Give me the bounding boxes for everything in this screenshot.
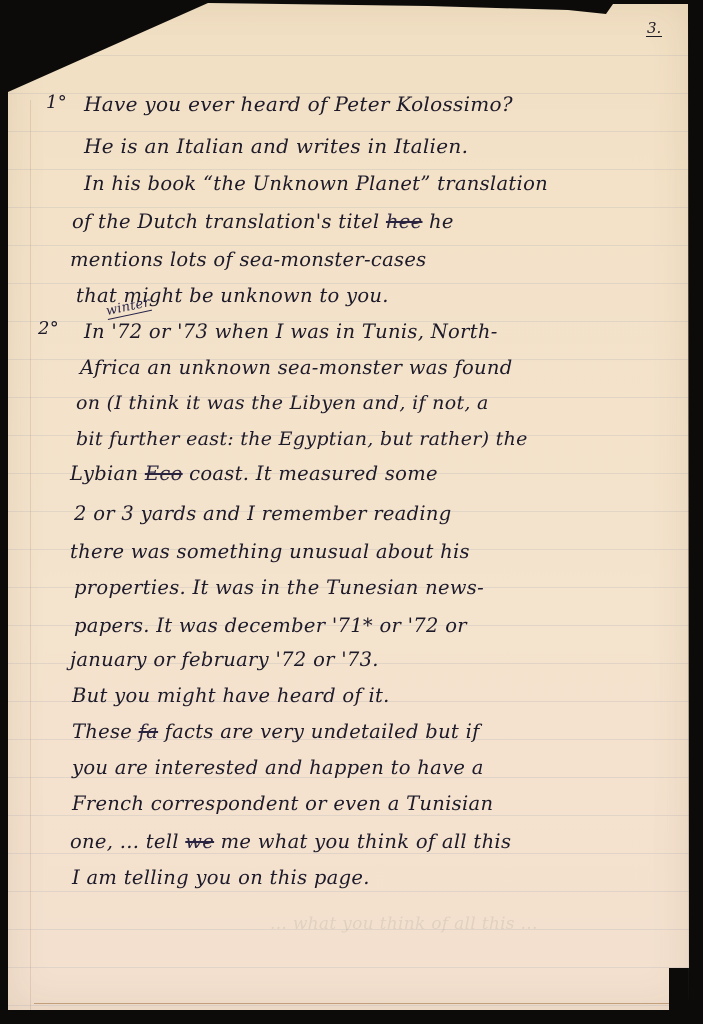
strikethrough-word: fa [139,720,158,743]
text-line-4: of the Dutch translation's titel hee he [72,210,454,233]
text-line-8: Africa an unknown sea-monster was found [80,356,513,379]
handwritten-text: 1° Have you ever heard of Peter Kolossim… [0,0,703,1024]
item-number-1: 1° [46,92,67,113]
text-line-20: French correspondent or even a Tunisian [72,792,493,815]
text-line-2: He is an Italian and writes in Italien. [84,134,468,158]
text-line-19: you are interested and happen to have a [72,756,484,779]
text-line-21-part-b: me what you think of all this [214,830,511,853]
text-line-18-part-b: facts are very undetailed but if [158,720,480,743]
text-line-4-part-a: of the Dutch translation's titel [72,210,386,233]
text-line-11-part-b: coast. It measured some [183,462,438,485]
text-line-11: Lybian Eco coast. It measured some [70,462,438,485]
text-line-4-part-b: he [422,210,453,233]
text-line-10: bit further east: the Egyptian, but rath… [76,428,528,450]
text-line-1: Have you ever heard of Peter Kolossimo? [84,92,513,116]
item-number-2: 2° [38,318,59,339]
bleed-through-text: ... what you think of all this ... [270,914,538,934]
strikethrough-word: hee [386,210,423,233]
text-line-22: I am telling you on this page. [72,866,370,889]
text-line-16: january or february '72 or '73. [70,648,379,671]
text-line-15: papers. It was december '71* or '72 or [74,614,467,637]
text-line-18: These fa facts are very undetailed but i… [72,720,480,743]
text-line-21: one, ... tell we me what you think of al… [70,830,511,853]
text-line-13: there was something unusual about his [70,540,470,563]
text-line-9: on (I think it was the Libyen and, if no… [76,392,489,414]
text-line-5: mentions lots of sea-monster-cases [70,248,427,271]
text-line-12: 2 or 3 yards and I remember reading [74,502,452,525]
text-line-21-part-a: one, ... tell [70,830,185,853]
text-line-3: In his book “the Unknown Planet” transla… [84,172,548,195]
text-line-7: In '72 or '73 when I was in Tunis, North… [84,320,498,343]
text-line-11-part-a: Lybian [70,462,145,485]
strikethrough-word: we [185,830,214,853]
text-line-18-part-a: These [72,720,139,743]
text-line-17: But you might have heard of it. [72,684,390,707]
strikethrough-word: Eco [145,462,183,485]
text-line-14: properties. It was in the Tunesian news- [74,576,484,599]
